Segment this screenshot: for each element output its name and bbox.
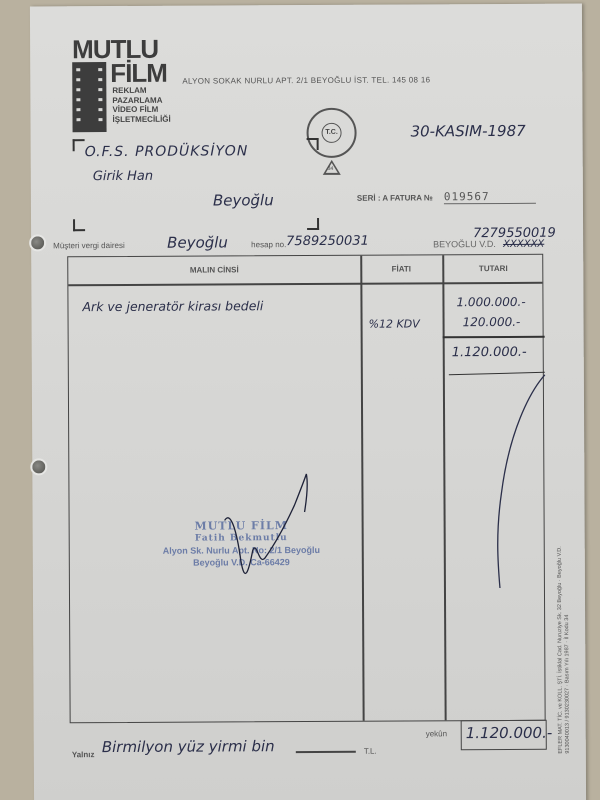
service-item: PAZARLAMA	[112, 95, 170, 105]
province-code: 34	[328, 166, 334, 172]
customer-tax-office: Beyoğlu	[167, 233, 228, 251]
issuer-tax-office-label: BEYOĞLU V.D.	[433, 239, 496, 249]
bracket-corner	[307, 138, 319, 150]
item-vat: %12 KDV	[369, 317, 420, 330]
service-item: VİDEO FİLM	[112, 105, 170, 115]
invoice-date: 30-KASIM-1987	[411, 122, 526, 141]
account-label: hesap no.	[251, 240, 286, 249]
amount-in-words: Birmilyon yüz yirmi bin	[102, 737, 275, 756]
customer-address-line2: Beyoğlu	[213, 191, 274, 209]
in-words-label: Yalnız	[72, 750, 95, 759]
bracket-corner	[73, 219, 85, 231]
serial-label: SERİ : A FATURA №	[357, 193, 433, 202]
filmstrip-icon	[72, 62, 106, 132]
invoice-paper: MUTLU FİLM REKLAM PAZARLAMA VİDEO FİLM İ…	[30, 4, 586, 800]
closing-stroke	[489, 373, 550, 593]
invoice-number: 019567	[444, 190, 536, 204]
column-divider	[360, 256, 364, 721]
company-address: ALYON SOKAK NURLU APT. 2/1 BEYOĞLU İST. …	[182, 75, 430, 85]
tax-seal-icon: T.C.	[306, 108, 356, 158]
printer-imprint: EFLER MAT. TİC. ve KOLL. ŞTİ. İstiklal C…	[557, 524, 572, 754]
customer-tax-office-label: Müşteri vergi dairesi	[53, 241, 125, 250]
item-amount: 1.000.000.-	[456, 295, 525, 309]
punch-hole	[29, 234, 46, 251]
col-header-amount: TUTARI	[442, 264, 544, 274]
bracket-corner	[307, 218, 319, 230]
subtotal-amount: 1.120.000.-	[452, 345, 527, 360]
item-description: Ark ve jeneratör kirası bedeli	[82, 298, 263, 314]
total-label: yekûn	[426, 729, 447, 738]
in-words-rule	[296, 751, 356, 753]
seal-center: T.C.	[322, 123, 342, 143]
service-item: REKLAM	[112, 86, 170, 96]
customer-name: O.F.S. PRODÜKSİYON	[85, 143, 249, 160]
currency-label: T.L.	[364, 747, 377, 756]
col-header-description: MALIN CİNSİ	[68, 265, 360, 276]
logo-services: REKLAM PAZARLAMA VİDEO FİLM İŞLETMECİLİĞ…	[112, 86, 170, 124]
vat-amount: 120.000.-	[463, 315, 521, 329]
header-divider	[68, 282, 542, 286]
account-number: 7589250031	[286, 234, 369, 249]
customer-address-line1: Girik Han	[93, 169, 153, 184]
crossed-out-text: XXXXXX	[503, 239, 544, 250]
col-header-price: FİATI	[360, 264, 442, 273]
total-value: 1.120.000.-	[466, 724, 553, 742]
column-divider	[442, 255, 446, 720]
logo-text-film: FİLM	[110, 58, 167, 89]
service-item: İŞLETMECİLİĞİ	[112, 114, 170, 124]
bracket-corner	[73, 139, 85, 151]
signature	[222, 470, 313, 590]
subtotal-rule	[443, 336, 545, 338]
punch-hole	[30, 458, 47, 475]
